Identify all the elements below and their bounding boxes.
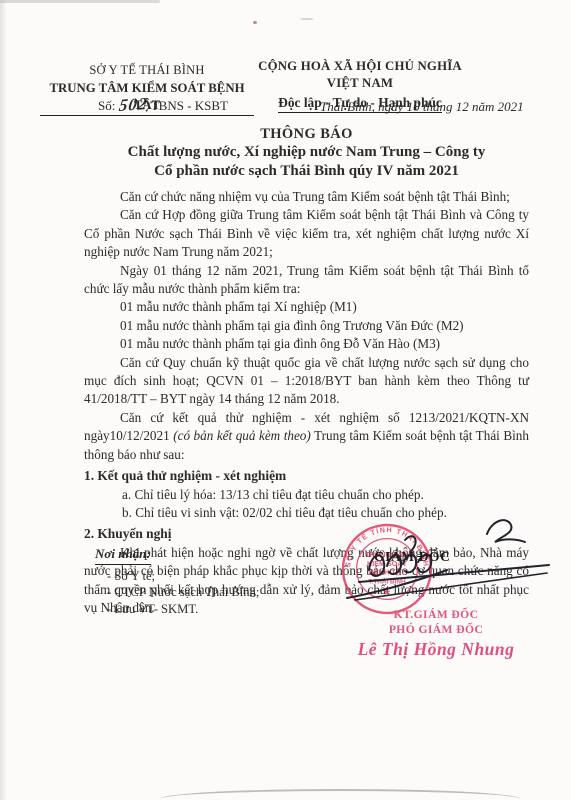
handwritten-signature [335, 510, 567, 632]
paragraph-sampling: Ngày 01 tháng 12 năm 2021, Trung tâm Kiể… [84, 262, 529, 299]
recipients-label: Nơi nhận: [95, 546, 151, 565]
result-item-physchem: a. Chỉ tiêu lý hóa: 13/13 chỉ tiêu đạt t… [84, 486, 529, 504]
doc-number-suffix: /TBNS - KSBT [147, 98, 228, 113]
scanned-document-page: SỞ Y TẾ THÁI BÌNH TRUNG TÂM KIỂM SOÁT BỆ… [0, 0, 571, 800]
scan-speck [253, 21, 257, 24]
scan-speck [300, 18, 314, 20]
sample-item: 01 mẫu nước thành phẩm tại gia đình ông … [84, 335, 529, 353]
sample-item: 01 mẫu nước thành phẩm tại gia đình ông … [84, 317, 529, 335]
paragraph-standard: Căn cứ Quy chuẩn kỹ thuật quốc gia về ch… [84, 354, 529, 409]
signer-name: Lê Thị Hồng Nhung [352, 639, 520, 660]
document-title-block: THÔNG BÁO Chất lượng nước, Xí nghiệp nướ… [84, 126, 529, 180]
paragraph-basis-1: Căn cứ chức năng nhiệm vụ của Trung tâm … [84, 188, 529, 206]
handwritten-flourish [487, 520, 525, 542]
scan-streak [0, 0, 160, 3]
org-parent-name: SỞ Y TẾ THÁI BÌNH [40, 62, 254, 79]
recipients-list: - Sở Y tế; - CTCP Nước sạch Thái Bình; -… [107, 568, 259, 618]
doc-number-label: Số: [98, 98, 115, 113]
title-subject-line1: Chất lượng nước, Xí nghiệp nước Nam Trun… [84, 144, 529, 162]
sample-item: 01 mẫu nước thành phẩm tại Xí nghiệp (M1… [84, 298, 529, 316]
place-and-date: Thái Bình, ngày 10 tháng 12 năm 2021 [320, 99, 524, 115]
scan-edge-bottom [160, 789, 520, 799]
scan-edge-shadow [0, 0, 7, 800]
document-type: THÔNG BÁO [84, 126, 529, 143]
paragraph-basis-2: Căn cứ Hợp đồng giữa Trung tâm Kiểm soát… [84, 206, 529, 261]
document-number: Số: 502/TBNS - KSBT [98, 98, 228, 114]
results-ref-note: (có bản kết quả kèm theo) [173, 428, 311, 443]
recipient-item: - CTCP Nước sạch Thái Bình; [107, 584, 259, 601]
title-subject-line2: Cổ phần nước sạch Thái Bình qúy IV năm 2… [84, 163, 529, 181]
paragraph-results-ref: Căn cứ kết quả thử nghiệm - xét nghiệm s… [84, 409, 529, 464]
national-title: CỘNG HOÀ XÃ HỘI CHỦ NGHĨA VIỆT NAM [247, 58, 473, 92]
doc-number-handwritten: 502 [118, 99, 148, 111]
recipients-block: Nơi nhận: - Sở Y tế; - CTCP Nước sạch Th… [95, 546, 259, 617]
recipient-item: - Lưu VT- SKMT. [107, 601, 259, 618]
recipient-item: - Sở Y tế; [107, 568, 259, 585]
section-1-heading: 1. Kết quả thử nghiệm - xét nghiệm [84, 467, 529, 485]
